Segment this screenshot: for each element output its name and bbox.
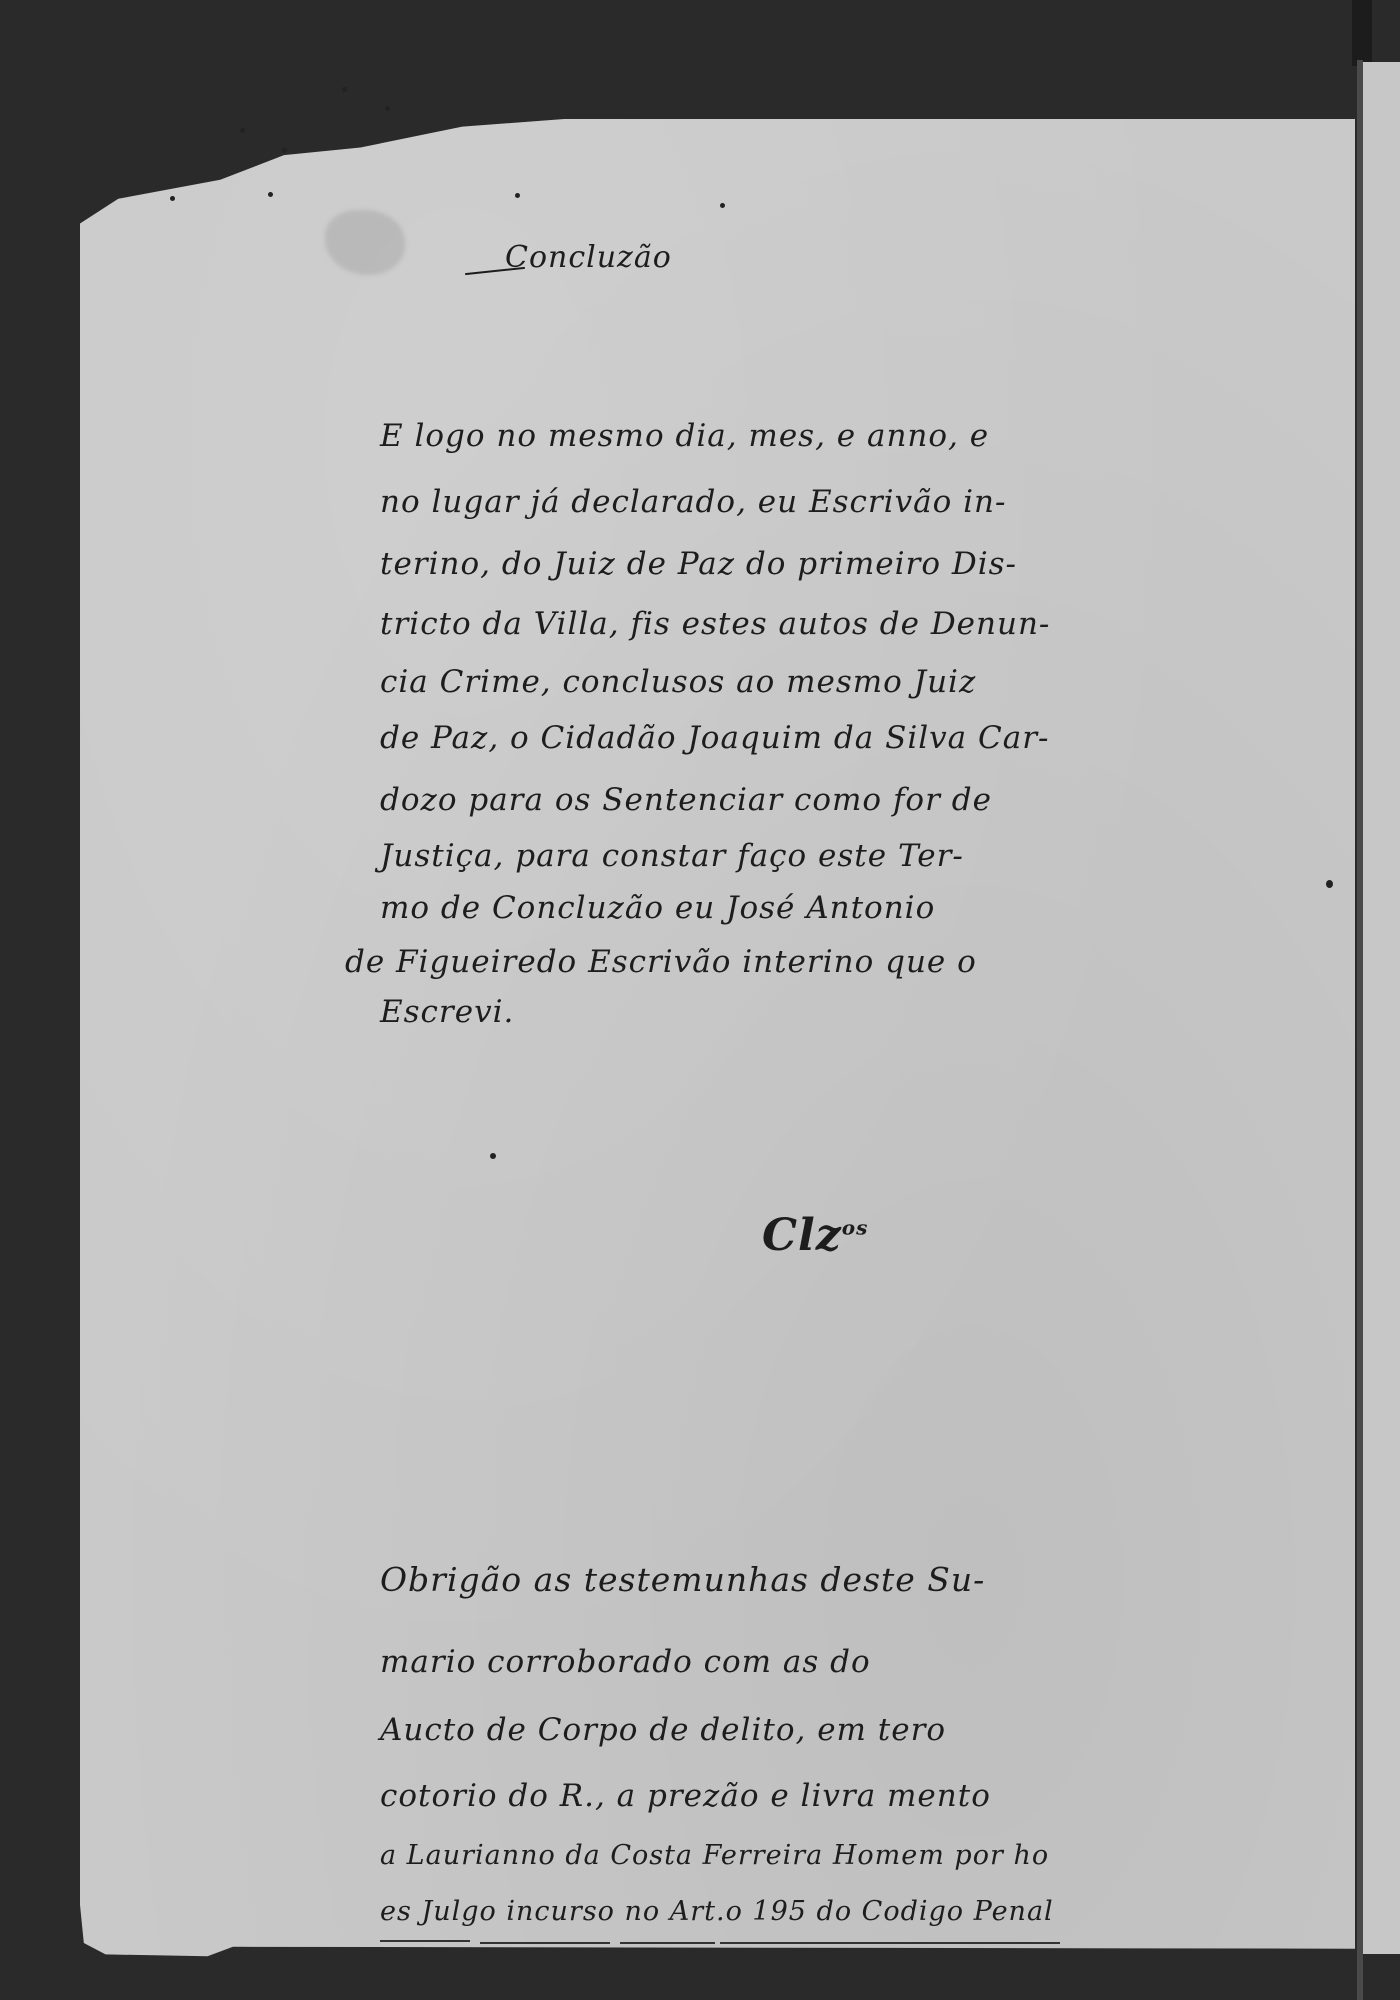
text-line: dozo para os Sentenciar como for de: [380, 782, 992, 818]
text-line: mario corroborado com as do: [380, 1644, 871, 1680]
ink-speck: [282, 148, 287, 153]
ink-speck: [342, 87, 347, 92]
ink-speck: [170, 196, 175, 201]
scanned-document: Concluzão E logo no mesmo dia, mes, e an…: [0, 0, 1400, 2000]
text-line: terino, do Juiz de Paz do primeiro Dis-: [380, 546, 1017, 582]
underline-rule: [720, 1942, 1060, 1944]
section-heading: Concluzão: [505, 240, 672, 275]
text-line: Obrigão as testemunhas deste Su-: [380, 1560, 985, 1599]
page-fold-line: [1357, 60, 1363, 2000]
underline-rule: [480, 1942, 610, 1944]
text-line: cia Crime, conclusos ao mesmo Juiz: [380, 664, 976, 700]
text-line: Aucto de Corpo de delito, em tero: [380, 1712, 946, 1748]
text-line: tricto da Villa, fis estes autos de Denu…: [380, 606, 1050, 642]
paper-stain: [325, 210, 405, 275]
ink-speck: [515, 193, 520, 198]
text-line: cotorio do R., a prezão e livra mento: [380, 1778, 991, 1814]
ink-speck: [1326, 880, 1333, 888]
adjacent-page-edge: [1362, 62, 1400, 1954]
text-line: E logo no mesmo dia, mes, e anno, e: [380, 418, 989, 454]
ink-speck: [268, 192, 273, 197]
ink-speck: [385, 106, 390, 111]
text-line: de Paz, o Cidadão Joaquim da Silva Car-: [380, 720, 1050, 756]
ink-speck: [240, 128, 245, 133]
signature-mark: Clzos: [762, 1210, 868, 1261]
text-line: mo de Concluzão eu José Antonio: [380, 890, 935, 926]
text-line: Escrevi.: [380, 994, 514, 1030]
text-line: de Figueiredo Escrivão interino que o: [345, 944, 977, 980]
text-line: Justiça, para constar faço este Ter-: [380, 838, 964, 874]
ink-speck: [720, 203, 725, 208]
signature-superscript: os: [842, 1215, 869, 1239]
underline-rule: [380, 1940, 470, 1942]
ink-speck: [490, 1153, 496, 1159]
signature-text: Clz: [762, 1210, 842, 1261]
text-line: a Laurianno da Costa Ferreira Homem por …: [380, 1840, 1049, 1871]
fold-shadow-top: [1352, 0, 1372, 66]
text-line: no lugar já declarado, eu Escrivão in-: [380, 484, 1006, 520]
text-line: es Julgo incurso no Art.o 195 do Codigo …: [380, 1896, 1054, 1927]
underline-rule: [620, 1942, 715, 1944]
